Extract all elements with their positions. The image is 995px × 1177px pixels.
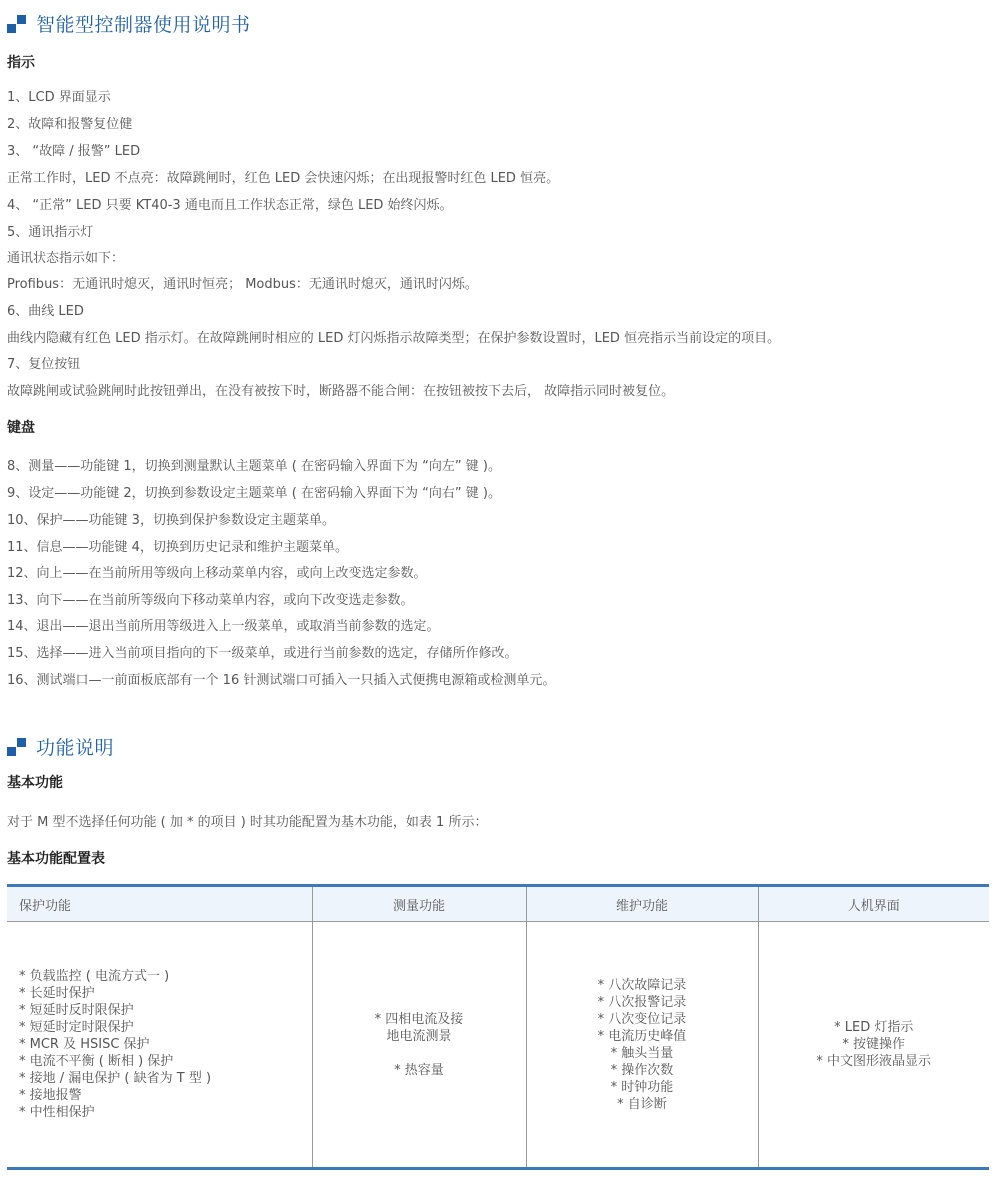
protection-item: * 负载监控 ( 电流方式一 ) xyxy=(19,968,312,985)
keyboard-line: 14、退出——退出当前所用等级进入上一级菜单，或取消当前参数的选定。 xyxy=(7,615,440,634)
protection-item: * 电流不平衡 ( 断相 ) 保护 xyxy=(19,1053,312,1070)
hmi-item: * LED 灯指示 xyxy=(759,1019,990,1036)
header-protection: 保护功能 xyxy=(7,886,312,922)
keyboard-line: 8、测量——功能键 1，切换到测量默认主题菜单 ( 在密码输入界面下为 “向左”… xyxy=(7,455,501,474)
protection-item: * MCR 及 HSISC 保护 xyxy=(19,1036,312,1053)
keyboard-line: 10、保护——功能键 3，切换到保护参数设定主题菜单。 xyxy=(7,509,335,528)
manual-title: 智能型控制器使用说明书 xyxy=(36,10,251,37)
table-header-row: 保护功能 测量功能 维护功能 人机界面 xyxy=(7,886,989,922)
maintenance-item: * 八次报警记录 xyxy=(527,994,758,1011)
keyboard-line: 15、选择——进入当前项目指向的下一级菜单，或进行当前参数的选定，存储所作修改。 xyxy=(7,642,518,661)
maintenance-item: * 操作次数 xyxy=(527,1062,758,1079)
basic-function-config-table: 保护功能 测量功能 维护功能 人机界面 * 负载监控 ( 电流方式一 ) * 长… xyxy=(7,884,989,1170)
cell-protection: * 负载监控 ( 电流方式一 ) * 长延时保护 * 短延时反时限保护 * 短延… xyxy=(7,922,312,1169)
indicator-line: 通讯状态指示如下： xyxy=(7,247,124,266)
maintenance-item: * 八次故障记录 xyxy=(527,977,758,994)
indicator-line: 1、LCD 界面显示 xyxy=(7,86,111,105)
keyboard-line: 16、测试端口—一前面板底部有一个 16 针测试端口可插入一只插入式便携电源箱或… xyxy=(7,669,555,688)
maintenance-item: * 电流历史峰值 xyxy=(527,1028,758,1045)
header-measurement: 测量功能 xyxy=(312,886,526,922)
keyboard-line: 11、信息——功能键 4，切换到历史记录和维护主题菜单。 xyxy=(7,536,348,555)
protection-item: * 短延时定时限保护 xyxy=(19,1019,312,1036)
cell-maintenance: * 八次故障记录 * 八次报警记录 * 八次变位记录 * 电流历史峰值 * 触头… xyxy=(526,922,758,1169)
function-title: 功能说明 xyxy=(36,733,114,760)
indicator-line: 7、复位按钮 xyxy=(7,353,80,372)
maintenance-item: * 时钟功能 xyxy=(527,1079,758,1096)
table-row: * 负载监控 ( 电流方式一 ) * 长延时保护 * 短延时反时限保护 * 短延… xyxy=(7,922,989,1169)
indicator-line: 6、曲线 LED xyxy=(7,300,84,319)
maintenance-item: * 触头当量 xyxy=(527,1045,758,1062)
protection-item: * 短延时反时限保护 xyxy=(19,1002,312,1019)
cell-measurement: * 四相电流及接 地电流测景 * 热容量 xyxy=(312,922,526,1169)
indicator-line: 故障跳闸或试验跳闸时此按钮弹出，在没有被按下时，断路器不能合闸：在按钮被按下去后… xyxy=(7,380,674,399)
protection-item: * 接地 / 漏电保护 ( 缺省为 T 型 ) xyxy=(19,1070,312,1087)
basic-function-description: 对于 M 型不选择任何功能 ( 加 * 的项目 ) 时其功能配置为基木功能，如表… xyxy=(7,811,487,830)
hmi-item: * 中文图形液晶显示 xyxy=(759,1053,990,1070)
maintenance-item: * 八次变位记录 xyxy=(527,1011,758,1028)
keyboard-line: 12、向上——在当前所用等级向上移动菜单内容，或向上改变选定参数。 xyxy=(7,562,427,581)
protection-item: * 接地报警 xyxy=(19,1087,312,1104)
keyboard-heading: 键盘 xyxy=(7,417,35,437)
indicator-line: 3、 “故障 / 报警” LED xyxy=(7,140,140,159)
indicator-line: 5、通讯指示灯 xyxy=(7,221,93,240)
cell-hmi: * LED 灯指示 * 按键操作 * 中文图形液晶显示 xyxy=(758,922,989,1169)
measurement-item: * 四相电流及接 xyxy=(313,1011,526,1028)
indicator-line: 2、故障和报警复位健 xyxy=(7,113,132,132)
measurement-item: 地电流测景 xyxy=(313,1028,526,1045)
keyboard-line: 13、向下——在当前所等级向下移动菜单内容，或向下改变选走参数。 xyxy=(7,589,414,608)
indicator-heading: 指示 xyxy=(7,52,35,72)
header-maintenance: 维护功能 xyxy=(526,886,758,922)
section-title-function: 功能说明 xyxy=(7,733,114,760)
basic-function-heading: 基本功能 xyxy=(7,772,63,792)
indicator-line: 4、 “正常” LED 只要 KT40-3 通电而且工作状态正常，绿色 LED … xyxy=(7,194,453,213)
section-squares-icon xyxy=(7,15,27,33)
protection-item: * 长延时保护 xyxy=(19,985,312,1002)
indicator-line: 正常工作时，LED 不点亮：故障跳闸时，红色 LED 会快速闪烁；在出现报警时红… xyxy=(7,167,559,186)
section-squares-icon xyxy=(7,738,27,756)
header-hmi: 人机界面 xyxy=(758,886,989,922)
protection-item: * 中性相保护 xyxy=(19,1104,312,1121)
table-heading: 基本功能配置表 xyxy=(7,848,105,868)
indicator-line: 曲线内隐藏有红色 LED 指示灯。在故障跳闸时相应的 LED 灯闪烁指示故障类型… xyxy=(7,327,780,346)
measurement-item: * 热容量 xyxy=(313,1062,526,1079)
indicator-line: Profibus：无通讯时熄灭，通讯时恒亮； Modbus：无通讯时熄灭，通讯时… xyxy=(7,273,478,292)
section-title-manual: 智能型控制器使用说明书 xyxy=(7,10,251,37)
keyboard-line: 9、设定——功能键 2，切换到参数设定主题菜单 ( 在密码输入界面下为 “向右”… xyxy=(7,482,501,501)
hmi-item: * 按键操作 xyxy=(759,1036,990,1053)
maintenance-item: * 自诊断 xyxy=(527,1096,758,1113)
